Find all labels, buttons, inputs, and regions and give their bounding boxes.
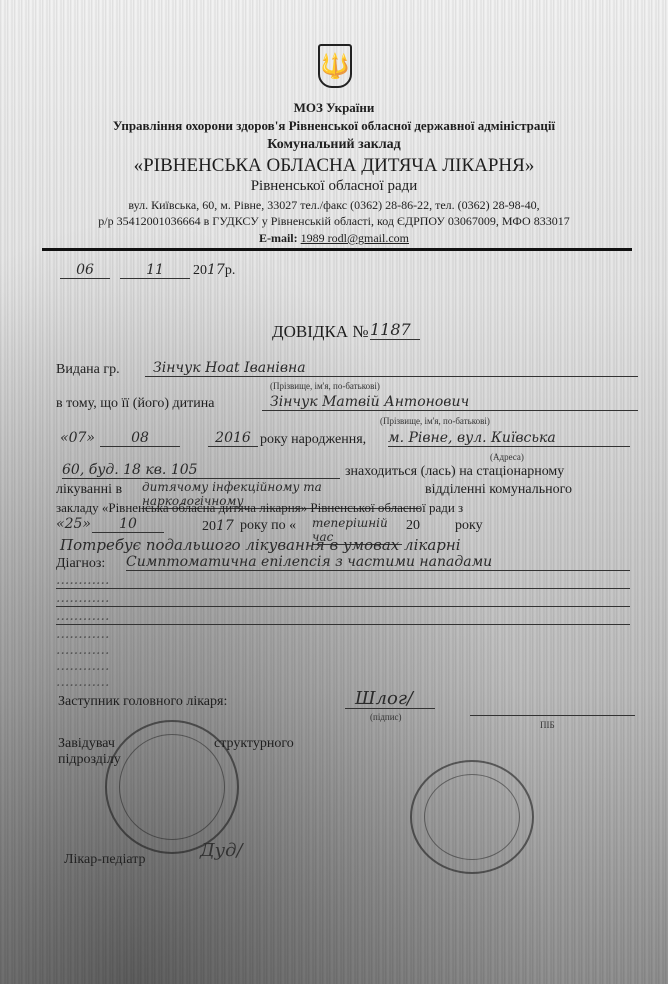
- treatment-label: лікуванні в: [56, 482, 122, 498]
- diagnosis-line: ............: [56, 608, 630, 625]
- issued-name: Зінчук Ноаt Іванівна: [145, 360, 638, 377]
- stay-text: знаходиться (лась) на стаціонарному: [345, 464, 564, 480]
- from-day: «25»: [56, 516, 91, 532]
- email-label: E-mail:: [259, 231, 298, 245]
- doctor-signature: Дуд/: [200, 840, 243, 861]
- institution-address: вул. Київська, 60, м. Рівне, 33027 тел./…: [0, 198, 668, 213]
- diagnosis-line: ............: [56, 626, 630, 642]
- institution-type: Комунальний заклад: [0, 137, 668, 153]
- email-line: E-mail: 1989 rodl@gmail.com: [0, 231, 668, 246]
- head-label-1: Завідувач: [58, 736, 115, 752]
- caption-child-fullname: (Прізвище, ім'я, по-батькові): [380, 416, 490, 426]
- diagnosis-line: Симптоматична епілепсія з частими напада…: [126, 554, 630, 571]
- bank-details: р/р 35412001036664 в ГУДКСУ у Рівненські…: [0, 214, 668, 229]
- caption-fullname: (Прізвище, ім'я, по-батькові): [270, 381, 380, 391]
- diagnosis-line: ............: [56, 674, 256, 690]
- department-name: Управління охорони здоров'я Рівненської …: [0, 118, 668, 134]
- birth-day: «07»: [60, 430, 95, 446]
- birth-month: 08: [100, 430, 180, 447]
- date-day: 06: [60, 262, 110, 279]
- diagnosis-line: ............: [56, 642, 630, 658]
- header-divider: [42, 248, 632, 251]
- birth-label: року народження,: [260, 432, 366, 448]
- deputy-signature: Шлог/: [355, 688, 413, 709]
- deputy-label: Заступник головного лікаря:: [58, 694, 227, 710]
- dept-text: відділенні комунального: [425, 482, 572, 498]
- doctor-label: Лікар-педіатр: [64, 852, 146, 868]
- signature-caption: (підпис): [370, 712, 402, 722]
- official-stamp-left: [105, 720, 239, 854]
- email-link[interactable]: 1989 rodl@gmail.com: [301, 231, 409, 245]
- diagnosis-line: ............: [56, 658, 630, 674]
- to-label: року по «: [240, 518, 296, 534]
- date-year: 2017р.: [193, 262, 235, 279]
- institution-name: «РІВНЕНСЬКА ОБЛАСНА ДИТЯЧА ЛІКАРНЯ»: [0, 155, 668, 177]
- diagnosis-label: Діагноз:: [56, 556, 105, 572]
- birth-year: 2016: [208, 430, 258, 447]
- certificate-number: 1187: [370, 320, 420, 340]
- official-stamp-right: [410, 760, 534, 874]
- certificate-title: ДОВІДКА №: [272, 322, 369, 342]
- caption-address: (Адреса): [490, 452, 524, 462]
- coat-of-arms-icon: 🔱: [318, 44, 352, 88]
- date-month: 11: [120, 262, 190, 279]
- child-label: в тому, що її (його) дитина: [56, 396, 214, 412]
- child-name: Зінчук Матвій Антонович: [262, 394, 638, 411]
- from-month: 10: [92, 516, 164, 533]
- institution-line: закладу «Рівненська обласна дитяча лікар…: [56, 500, 463, 516]
- council-name: Рівненської обласної ради: [0, 178, 668, 195]
- name-caption: ПІБ: [540, 720, 555, 730]
- note-value: Потребує подальшого лікування в умовах л…: [60, 536, 461, 554]
- to-year: 20: [406, 518, 420, 534]
- diagnosis-line: ............: [56, 572, 630, 589]
- from-year: 2017: [202, 518, 234, 535]
- deputy-name-line: [470, 715, 635, 716]
- issued-label: Видана гр.: [56, 362, 120, 378]
- address-line-2: 60, буд. 18 кв. 105: [62, 462, 340, 479]
- address-line-1: м. Рівне, вул. Київська: [388, 430, 630, 447]
- ministry-name: МОЗ України: [0, 100, 668, 116]
- year-label: року: [455, 518, 483, 534]
- diagnosis-line: ............: [56, 590, 630, 607]
